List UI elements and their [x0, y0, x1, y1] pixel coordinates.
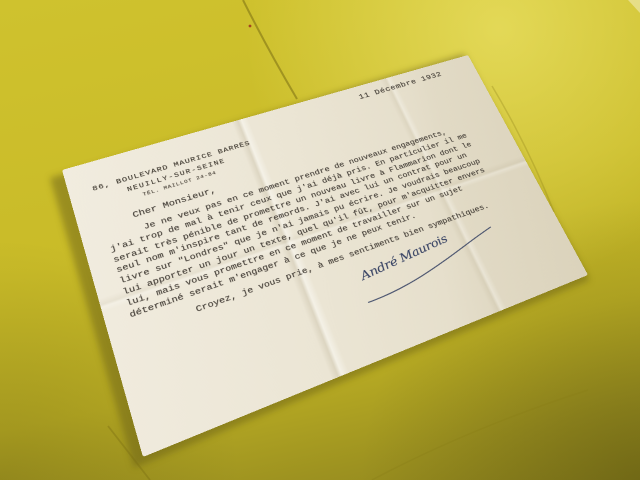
red-fleck [249, 25, 252, 28]
photo-of-letter: 11 Décembre 1932 86, BOULEVARD MAURICE B… [0, 0, 640, 480]
crease-top-icon [243, 0, 297, 99]
corner-highlight [628, 0, 640, 13]
crease-bottom-right [372, 390, 588, 480]
